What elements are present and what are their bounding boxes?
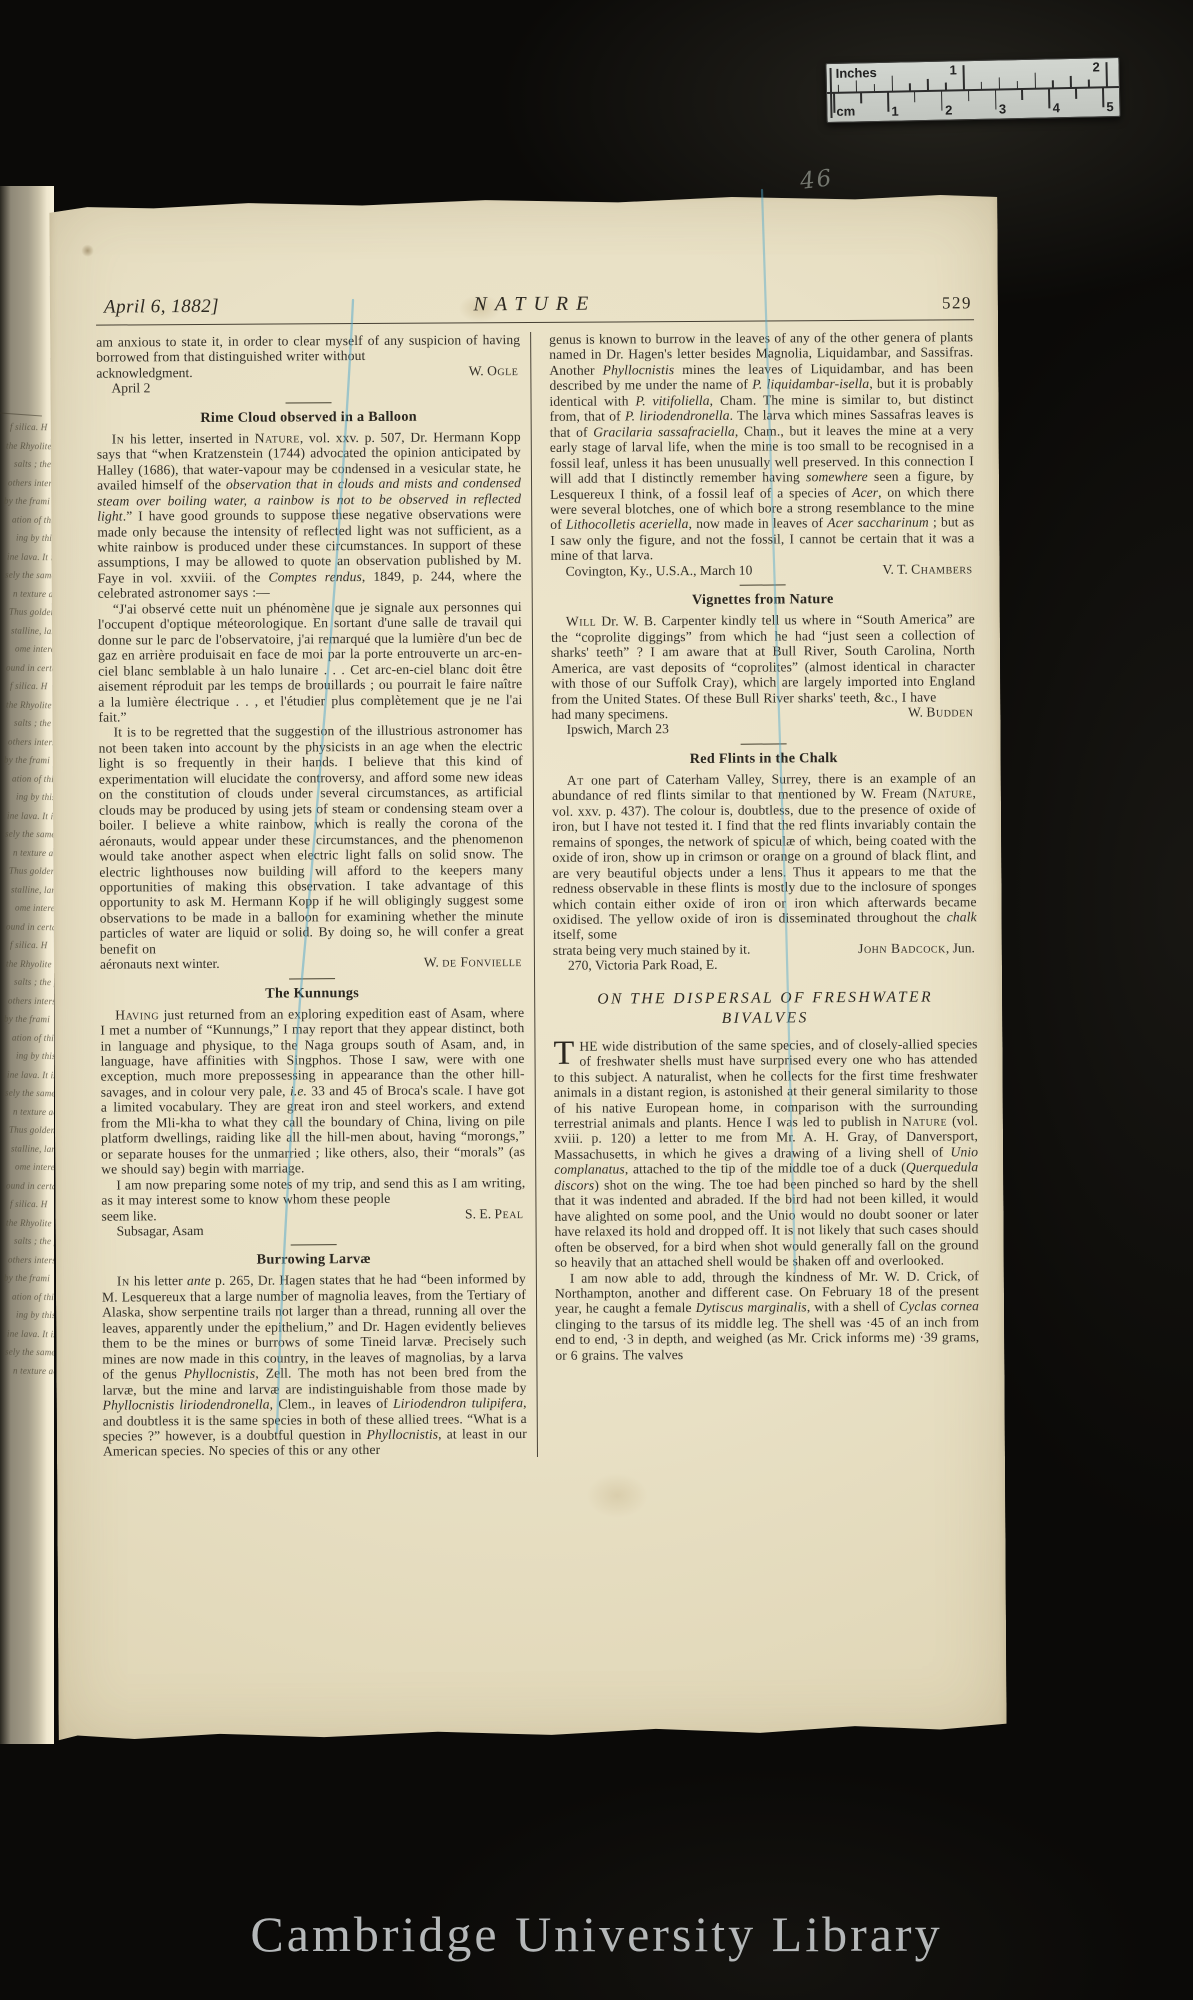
dash-divider xyxy=(291,1245,337,1246)
page-fragment: salts ; the fa xyxy=(14,1236,54,1247)
page-fragment: n texture accord xyxy=(13,588,54,599)
text-block: “J'ai observé cette nuit un phénomène qu… xyxy=(98,599,523,725)
page-fragment: ine lava. It is xyxy=(7,1069,54,1080)
section-heading: Burrowing Larvæ xyxy=(102,1250,526,1270)
page-fragment: ine lava. It is xyxy=(7,551,54,562)
pencil-folio-mark: 46 xyxy=(799,165,835,195)
ruler-tick xyxy=(1070,76,1072,88)
section-heading: The Kunnungs xyxy=(100,984,524,1004)
text-block: had many specimens.W. Budden xyxy=(551,704,975,722)
page-fragment: ome interesting xyxy=(15,1162,54,1173)
ruler-tick xyxy=(1021,89,1023,100)
ruler-tick xyxy=(981,82,983,90)
text-block: Subsagar, Asam xyxy=(102,1221,526,1239)
page-fragment: ound in certain xyxy=(6,1180,54,1191)
page-number: 529 xyxy=(942,293,972,313)
section-heading: Red Flints in the Chalk xyxy=(552,749,976,769)
text-block: April 2 xyxy=(96,378,520,396)
page-fragment: sely the same xyxy=(5,829,54,840)
page-fragment: n texture accord xyxy=(13,1365,54,1376)
adjacent-page-sliver: f silica. Hthe Rhyolitesalts ; the faoth… xyxy=(0,186,54,1744)
ruler-tick xyxy=(891,76,893,92)
page-fragment: n texture accord xyxy=(13,847,54,858)
page-fragment: ound in certain xyxy=(6,921,54,932)
page-fragment: others interst xyxy=(8,995,54,1006)
ruler-tick xyxy=(838,85,840,93)
dash-divider xyxy=(741,743,787,744)
page-fragment: others interst xyxy=(8,736,54,747)
text-block: aéronauts next winter.W. de Fonvielle xyxy=(100,954,524,972)
page-fragment: ing by this mean xyxy=(16,1051,54,1062)
dash-divider xyxy=(740,585,786,586)
ruler-tick xyxy=(873,84,875,92)
column-left: am anxious to state it, in order to clea… xyxy=(96,332,527,1459)
page-fragment: ation of thin sect xyxy=(12,1032,54,1043)
text-block: 270, Victoria Park Road, E. xyxy=(553,956,977,974)
ruler-inches-label: Inches xyxy=(835,65,876,81)
page-fragment: ation of thin sect xyxy=(12,514,54,525)
text-block: Ipswich, March 23 xyxy=(551,720,975,738)
journal-title: NATURE xyxy=(96,290,974,318)
ruler-tick xyxy=(945,83,947,91)
page-fragment: f silica. H xyxy=(10,681,48,692)
text-block: Covington, Ky., U.S.A., March 10V. T. Ch… xyxy=(551,561,975,579)
page-fragment: by the frami xyxy=(4,755,50,766)
page-fragment: Thus golden, lus xyxy=(9,1125,54,1136)
text-block: am anxious to state it, in order to clea… xyxy=(96,332,520,365)
page-fragment: Thus golden, lus xyxy=(9,607,54,618)
page-fragment: ine lava. It is xyxy=(7,810,54,821)
page-fragment: others interst xyxy=(8,477,54,488)
ruler-cm-number: 5 xyxy=(1106,99,1114,114)
page-fragment: ation of thin sect xyxy=(12,773,54,784)
page-fragment: others interst xyxy=(8,1254,54,1265)
page-fragment: f silica. H xyxy=(10,940,48,951)
page-fragment: salts ; the fa xyxy=(14,977,54,988)
text-block: I am now preparing some notes of my trip… xyxy=(101,1175,525,1208)
ruler-tick xyxy=(1052,80,1054,88)
dash-divider xyxy=(286,402,332,403)
page-fragment: by the frami xyxy=(4,1273,50,1284)
ruler-cm-label: cm xyxy=(836,103,855,118)
ruler-cm-number: 4 xyxy=(1052,100,1060,115)
ruler-tick xyxy=(1034,73,1036,89)
text-block: In his letter ante p. 265, Dr. Hagen sta… xyxy=(102,1271,527,1459)
page-fragment: stalline, larg, and xyxy=(11,625,54,636)
section-heading: Vignettes from Nature xyxy=(551,591,975,611)
ruler-tick xyxy=(1088,80,1090,88)
page-fragment: stalline, larg, and xyxy=(11,884,54,895)
ruler-tick xyxy=(914,91,916,102)
page-fragment: ing by this mean xyxy=(16,1310,54,1321)
measurement-ruler: Inches cm 1212345 xyxy=(825,57,1120,123)
page-fragment: the Rhyolite xyxy=(6,440,52,451)
text-columns: am anxious to state it, in order to clea… xyxy=(96,329,981,1459)
text-block: Will Dr. W. B. Carpenter kindly tell us … xyxy=(551,612,976,707)
drop-cap: T xyxy=(553,1038,579,1066)
text-block: In his letter, inserted in Nature, vol. … xyxy=(97,429,522,602)
adjacent-page-rule xyxy=(0,413,42,417)
text-block: genus is known to burrow in the leaves o… xyxy=(549,329,974,563)
page-fragment: by the frami xyxy=(4,1014,50,1025)
page-content: April 6, 1882] NATURE 529 am anxious to … xyxy=(49,193,1006,1745)
ruler-cm-number: 1 xyxy=(891,104,899,119)
page-fragment: ing by this mean xyxy=(16,792,54,803)
ruler-cm-number: 2 xyxy=(945,102,953,117)
page-fragment: f silica. H xyxy=(10,422,48,433)
ruler-tick xyxy=(962,65,964,90)
ruler-tick xyxy=(994,90,996,110)
page-fragment: ing by this mean xyxy=(16,533,54,544)
page-fragment: salts ; the fa xyxy=(14,718,54,729)
page-fragment: the Rhyolite xyxy=(6,699,52,710)
page-fragment: Thus golden, lus xyxy=(9,866,54,877)
page-fragment: n texture accord xyxy=(13,1106,54,1117)
ruler-tick xyxy=(887,92,889,112)
ruler-tick xyxy=(909,83,911,91)
page-fragment: sely the same xyxy=(5,1347,54,1358)
ruler-tick xyxy=(1105,62,1107,87)
article-title: ON THE DISPERSAL OF FRESHWATERBIVALVES xyxy=(553,987,977,1030)
text-block: I am now able to add, through the kindne… xyxy=(555,1268,980,1363)
text-block: It is to be regretted that the suggestio… xyxy=(99,722,524,956)
page-fragment: the Rhyolite xyxy=(6,1217,52,1228)
ruler-cm-number: 3 xyxy=(999,101,1007,116)
ruler-tick xyxy=(860,92,862,103)
column-right: genus is known to burrow in the leaves o… xyxy=(530,329,980,1457)
header-rule xyxy=(96,319,974,325)
dash-divider xyxy=(289,978,335,979)
ruler-tick xyxy=(1075,88,1077,99)
page-fragment: stalline, larg, and xyxy=(11,1143,54,1154)
text-block: strata being very much stained by it.Joh… xyxy=(553,940,977,958)
page-fragment: salts ; the fa xyxy=(14,459,54,470)
page-header: April 6, 1882] NATURE 529 xyxy=(96,289,974,318)
page-fragment: ation of thin sect xyxy=(12,1291,54,1302)
page-fragment: sely the same xyxy=(5,1088,54,1099)
ruler-inch-number: 2 xyxy=(1092,59,1100,74)
ruler-inch-number: 1 xyxy=(949,62,957,77)
page-fragment: ome interesting xyxy=(15,903,54,914)
ruler-tick xyxy=(968,90,970,101)
page-fragment: ound in certain xyxy=(6,662,54,673)
page-fragment: the Rhyolite xyxy=(6,958,52,969)
ruler-tick xyxy=(1048,88,1050,108)
ruler-tick xyxy=(856,80,858,92)
library-caption: Cambridge University Library xyxy=(0,1903,1193,1965)
ruler-tick xyxy=(998,77,1000,89)
page-fragment: f silica. H xyxy=(10,1199,48,1210)
ruler-tick xyxy=(833,93,835,113)
text-block: Having just returned from an exploring e… xyxy=(100,1005,525,1178)
ruler-tick xyxy=(1102,87,1104,107)
ruler-tick xyxy=(1016,81,1018,89)
page-fragment: by the frami xyxy=(4,496,50,507)
scanned-page: April 6, 1882] NATURE 529 am anxious to … xyxy=(49,193,1006,1745)
page-fragment: ome interesting xyxy=(15,644,54,655)
text-block: THE wide distribution of the same specie… xyxy=(553,1036,978,1270)
ruler-tick xyxy=(927,79,929,91)
page-fragment: ine lava. It is xyxy=(7,1328,54,1339)
page-fragment: sely the same xyxy=(5,570,54,581)
section-heading: Rime Cloud observed in a Balloon xyxy=(97,408,521,428)
text-block: At one part of Caterham Valley, Surrey, … xyxy=(552,770,977,943)
ruler-tick xyxy=(941,91,943,111)
